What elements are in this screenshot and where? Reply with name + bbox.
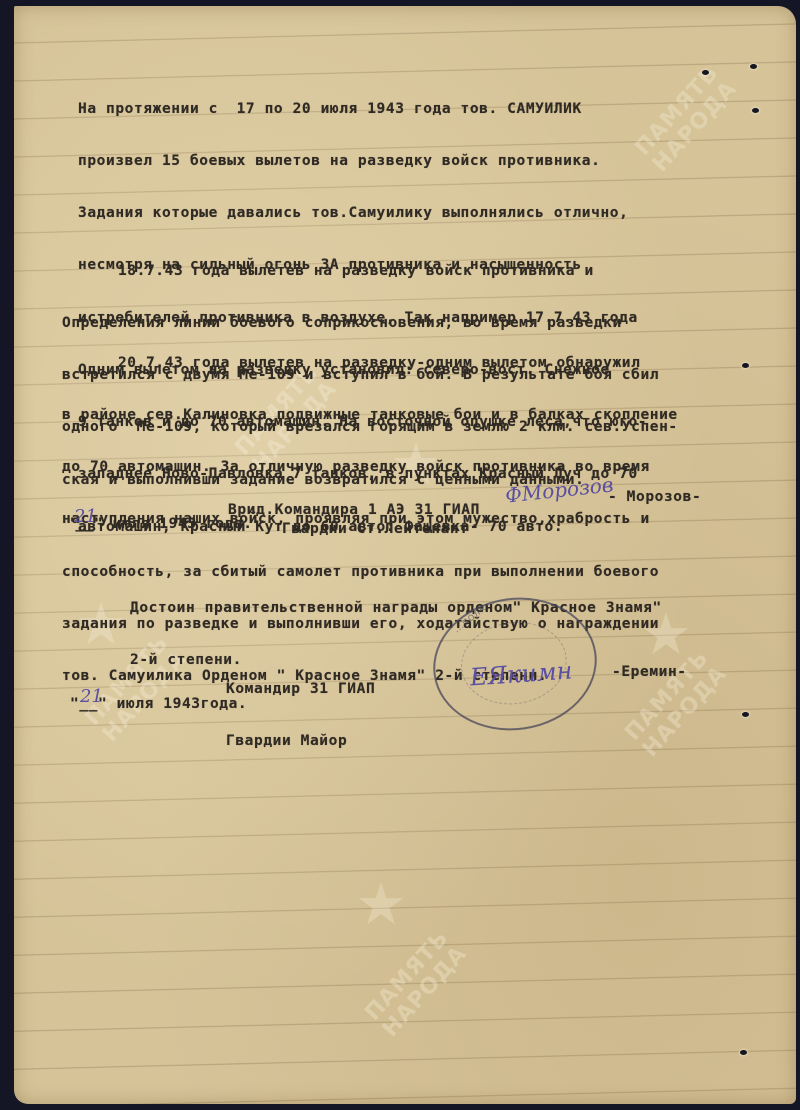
signature-block-1-rank: Гвардии Ст.Лейтенант bbox=[282, 486, 469, 556]
punch-hole bbox=[702, 70, 709, 75]
punch-hole bbox=[752, 108, 759, 113]
text-line: в районе сев.Калиновка подвижные танковы… bbox=[62, 407, 678, 424]
text-line: 18.7.43 года вылетев на разведку войск п… bbox=[62, 263, 678, 280]
signature-block-2: Командир 31 ГИАП Гвардии Майор bbox=[226, 646, 375, 768]
punch-hole bbox=[742, 363, 749, 368]
signer-name-1: - Морозов- bbox=[608, 489, 701, 506]
signer-rank: Гвардии Ст.Лейтенант bbox=[282, 521, 469, 538]
conclusion-line-1: Достоин правительственной награды ордено… bbox=[130, 600, 662, 617]
punch-hole bbox=[750, 64, 757, 69]
date-day-handwritten-1: 21 bbox=[74, 506, 97, 527]
date-day-handwritten-2: 21 bbox=[80, 686, 103, 707]
signer-name-2: -Еремин- bbox=[612, 664, 687, 681]
text-line: Задания которые давались тов.Самуилику в… bbox=[78, 205, 647, 222]
punch-hole bbox=[742, 712, 749, 717]
text-line: На протяжении с 17 по 20 июля 1943 года … bbox=[78, 101, 647, 118]
text-line: произвел 15 боевых вылетов на разведку в… bbox=[78, 153, 647, 170]
punch-hole bbox=[740, 1050, 747, 1055]
text-line: 20.7.43 года вылетев на разведку-одним в… bbox=[62, 355, 678, 372]
signer-position-2: Командир 31 ГИАП bbox=[226, 681, 375, 698]
signer-rank-2: Гвардии Майор bbox=[226, 733, 375, 750]
